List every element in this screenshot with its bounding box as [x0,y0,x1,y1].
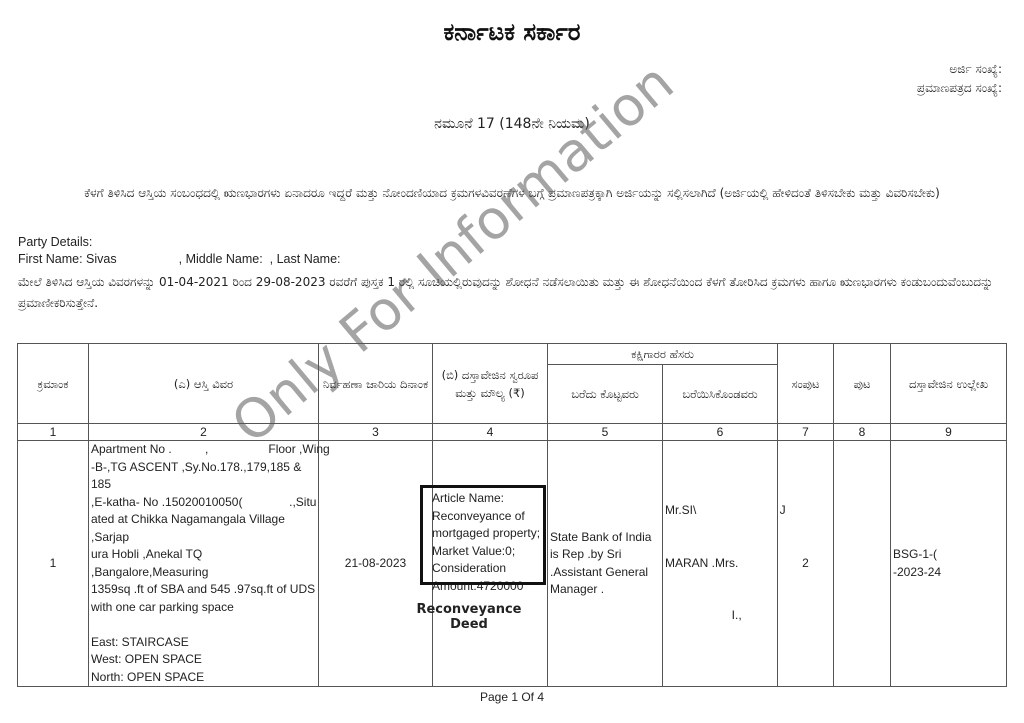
property-line: ated at Chikka Nagamangala Village ,Sarj… [91,511,316,546]
column-number: 5 [548,424,663,441]
header-serial: ಕ್ರಮಾಂಕ [18,344,89,424]
column-number-row: 1 2 3 4 5 6 7 8 9 [18,424,1007,441]
page-title: ಕರ್ನಾಟಕ ಸರ್ಕಾರ [0,18,1024,46]
cell-page [834,441,891,687]
header-property: (ಎ) ಆಸ್ತಿ ವಿವರ [89,344,319,424]
boundary-east: East: STAIRCASE [91,634,316,652]
column-number: 4 [433,424,548,441]
last-name: , Last Name: [270,252,341,266]
column-number: 9 [891,424,1007,441]
page-indicator: Page 1 Of 4 [0,690,1024,704]
cell-execution-date: 21-08-2023 [319,441,433,687]
header-page: ಪುಟ [834,344,891,424]
highlight-box [420,485,546,585]
claimant-line: I., [665,607,775,625]
middle-name: , Middle Name: [179,252,263,266]
cell-claimant: Mr.SI\ J MARAN .Mrs. I., [663,441,778,687]
header-document-nature: (ಬಿ) ದಸ್ತಾವೇಜಿನ ಸ್ವರೂಪ ಮತ್ತು ಮೌಲ್ಯ (₹) [433,344,548,424]
cell-executant: State Bank of India is Rep .by Sri .Assi… [548,441,663,687]
column-number: 3 [319,424,433,441]
boundary-west: West: OPEN SPACE [91,651,316,669]
header-volume: ಸಂಪುಟ [778,344,834,424]
column-number: 8 [834,424,891,441]
column-number: 6 [663,424,778,441]
property-line: ,E-katha- No .15020010050( .,Situ [91,494,316,512]
property-line: -B-,TG ASCENT ,Sy.No.178.,179,185 & 185 [91,459,316,494]
cell-volume: 2 [778,441,834,687]
certificate-number-label: ಪ್ರಮಾಣಪತ್ರದ ಸಂಖ್ಯೆ: [917,79,1002,98]
boundary-north: North: OPEN SPACE [91,669,316,687]
property-line: Apartment No . , Floor ,Wing [91,441,316,459]
reference-numbers: ಅರ್ಜಿ ಸಂಖ್ಯೆ: ಪ್ರಮಾಣಪತ್ರದ ಸಂಖ್ಯೆ: [917,60,1002,98]
property-line: 1359sq .ft of SBA and 545 .97sq.ft of UD… [91,581,316,599]
header-execution-date: ನಿರ್ವಹಣಾ ಜಾರಿಯ ದಿನಾಂಕ [319,344,433,424]
header-executant: ಬರೆದು ಕೊಟ್ಟವರು [548,365,663,424]
column-number: 1 [18,424,89,441]
header-parties-group: ಕಕ್ಷಿಗಾರರ ಹೆಸರು [548,344,778,365]
certification-text: ಮೇಲೆ ತಿಳಿಸಿದ ಆಸ್ತಿಯ ವಿವರಗಳನ್ನು 01-04-202… [18,272,1008,314]
cell-property: Apartment No . , Floor ,Wing -B-,TG ASCE… [89,441,319,687]
highlight-label: Reconveyance Deed [398,602,540,632]
intro-text: ಕೆಳಗೆ ತಿಳಿಸಿದ ಆಸ್ತಿಯ ಸಂಬಂಧದಲ್ಲಿ ಋಣಭಾರಗಳು… [25,184,999,203]
application-number-label: ಅರ್ಜಿ ಸಂಖ್ಯೆ: [917,60,1002,79]
property-line: with one car parking space [91,599,316,617]
form-title: ನಮೂನೆ 17 (148ನೇ ನಿಯಮ) [0,116,1024,132]
column-number: 2 [89,424,319,441]
claimant-line: Mr.SI\ J [665,502,775,520]
header-claimant: ಬರೆಯಿಸಿಕೊಂಡವರು [663,365,778,424]
party-names: First Name: Sivas, Middle Name: , Last N… [18,251,341,268]
property-line: ura Hobli ,Anekal TQ ,Bangalore,Measurin… [91,546,316,581]
claimant-line: MARAN .Mrs. [665,555,775,573]
column-number: 7 [778,424,834,441]
cell-serial: 1 [18,441,89,687]
cell-document-ref: BSG-1-( -2023-24 [891,441,1007,687]
first-name: First Name: Sivas [18,252,117,266]
header-document-ref: ದಸ್ತಾವೇಜಿನ ಉಲ್ಲೇಖ [891,344,1007,424]
party-details: Party Details: First Name: Sivas, Middle… [18,234,341,268]
party-heading: Party Details: [18,234,341,251]
